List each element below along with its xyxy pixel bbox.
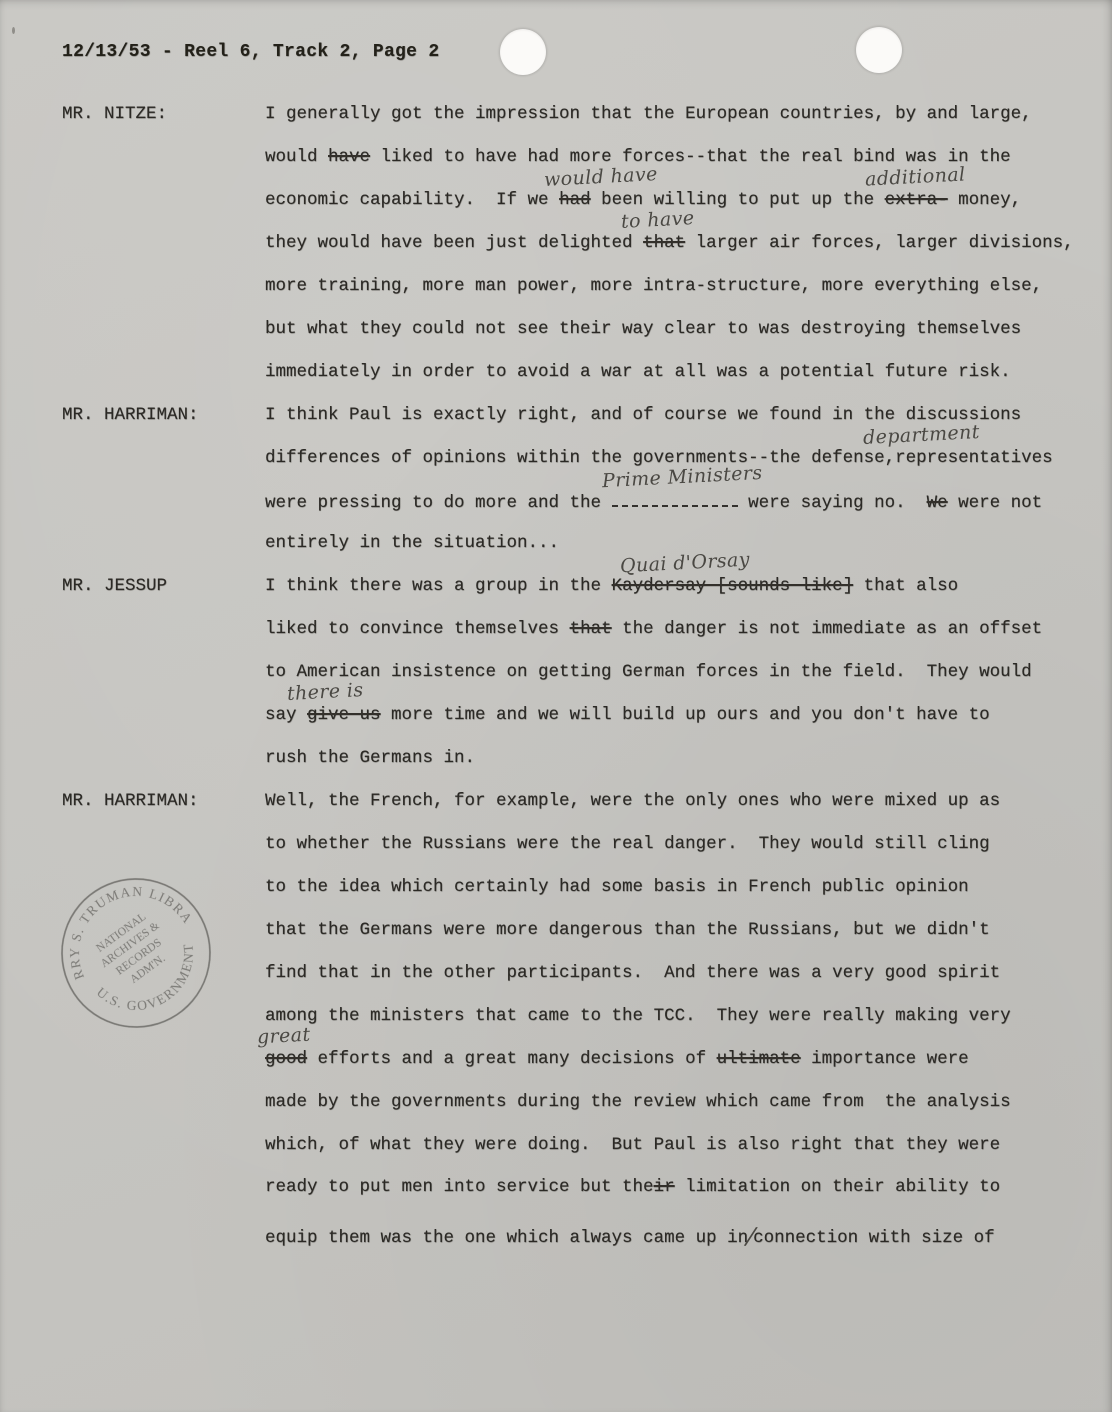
typed-blank: Prime Ministers [612,490,738,507]
typed-text: ir [654,1177,675,1197]
typed-text: which, of what they were doing. But Paul… [265,1135,1000,1155]
handwritten-annotation: great [256,1023,311,1048]
speaker-label: MR. HARRIMAN: [62,405,199,425]
text-line: that the Germans were more dangerous tha… [265,920,1072,963]
typed-text: connection with size of [753,1228,995,1248]
typed-text: that [570,619,612,639]
typed-text: efforts and a great many decisions of [307,1049,717,1069]
typed-text: have [328,147,370,167]
typed-text: say [265,705,307,725]
text-line: immediately in order to avoid a war at a… [265,362,1072,405]
typed-text: liked to have had more forces--that the … [370,147,1011,167]
typed-text: ready to put men into service but the [265,1177,654,1197]
typed-text: been willing to put up the [591,190,885,210]
typed-text: made by the governments during the revie… [265,1092,1011,1112]
text-line: which, of what they were doing. But Paul… [265,1135,1072,1178]
text-line: say give usthere is more time and we wil… [265,705,1072,748]
typed-text: were saying no. [738,493,927,513]
typed-text: We [927,493,948,513]
text-line: equip them was the one which always came… [265,1220,1072,1263]
typed-text: were not [948,493,1043,513]
typed-text: to the idea which certainly had some bas… [265,877,969,897]
punch-hole-right [856,27,902,73]
text-line: rush the Germans in. [265,748,1072,791]
text-line: to whether the Russians were the real da… [265,834,1072,877]
text-line: liked to convince themselves that the da… [265,619,1072,662]
typed-text: they would have been just delighted [265,233,643,253]
text-line: to American insistence on getting German… [265,662,1072,705]
typed-text: more time and we will build up ours and … [381,705,990,725]
typed-text: that the Germans were more dangerous tha… [265,920,990,940]
typed-text: would [265,147,328,167]
typed-text: I think Paul is exactly right, and of co… [265,405,1021,425]
typed-text: hadwould have [559,190,591,210]
text-line: ready to put men into service but their … [265,1177,1072,1220]
typed-text: Well, the French, for example, were the … [265,791,1000,811]
typed-text: I generally got the impression that the … [265,104,1032,124]
typed-text: the danger is not immediate as an offset [612,619,1043,639]
text-line: goodgreat efforts and a great many decis… [265,1049,1072,1092]
typed-text: entirely in the situation... [265,533,559,553]
page-header: 12/13/53 - Reel 6, Track 2, Page 2 [62,42,439,62]
svg-text:HARRY S. TRUMAN LIBRARY: HARRY S. TRUMAN LIBRARY [17,834,197,996]
handwritten-annotation: there is [286,679,364,705]
typed-text: that also [853,576,958,596]
speaker-label: MR. NITZE: [62,104,167,124]
text-line: but what they could not see their way cl… [265,319,1072,362]
document-page: 12/13/53 - Reel 6, Track 2, Page 2 MR. N… [0,0,1112,1412]
typed-text: thatto have [643,233,685,253]
paper-speck [12,27,15,34]
typed-text: limitation on their ability to [675,1177,1001,1197]
text-line: MR. NITZE:I generally got the impression… [265,104,1072,147]
text-line: were pressing to do more and the Prime M… [265,490,1072,533]
typed-text: importance were [801,1049,969,1069]
typed-text: to American insistence on getting German… [265,662,1032,682]
typed-text: find that in the other participants. And… [265,963,1000,983]
text-line: more training, more man power, more intr… [265,276,1072,319]
typed-text: money, [948,190,1022,210]
typed-text: immediately in order to avoid a war at a… [265,362,1011,382]
handwritten-annotation: to have [621,207,696,233]
typed-text: goodgreat [265,1049,307,1069]
text-line: MR. JESSUPI think there was a group in t… [265,576,1072,619]
text-line: among the ministers that came to the TCC… [265,1006,1072,1049]
typed-text: more training, more man power, more intr… [265,276,1042,296]
typed-text: to whether the Russians were the real da… [265,834,990,854]
text-line: find that in the other participants. And… [265,963,1072,1006]
typed-text: differences of opinions within the gover… [265,448,895,468]
typed-text: Kaydersay [sounds like]Quai d'Orsay [612,576,854,596]
typed-text: but what they could not see their way cl… [265,319,1021,339]
typed-text: extra-additional [885,190,948,210]
punch-hole-left [500,29,546,75]
typed-text: representativesdepartment [895,448,1053,468]
typed-text: economic capability. If we [265,190,559,210]
truman-library-stamp: HARRY S. TRUMAN LIBRARY U.S. GOVERNMENT … [17,834,255,1072]
typed-text: give usthere is [307,705,381,725]
typed-text: among the ministers that came to the TCC… [265,1006,1011,1026]
typed-text: rush the Germans in. [265,748,475,768]
text-line: they would have been just delighted that… [265,233,1072,276]
typed-text: ultimate [717,1049,801,1069]
speaker-label: MR. HARRIMAN: [62,791,199,811]
text-lines: MR. NITZE:I generally got the impression… [265,104,1072,1263]
typed-text: were pressing to do more and the [265,493,612,513]
typed-text: liked to convince themselves [265,619,570,639]
typed-text: equip them was the one which always came… [265,1228,748,1248]
text-line: made by the governments during the revie… [265,1092,1072,1135]
stamp-text-top: HARRY S. TRUMAN LIBRARY [17,834,197,996]
speaker-label: MR. JESSUP [62,576,167,596]
typed-text: I think there was a group in the [265,576,612,596]
typed-text: larger air forces, larger divisions, [685,233,1074,253]
text-line: to the idea which certainly had some bas… [265,877,1072,920]
text-line: MR. HARRIMAN:Well, the French, for examp… [265,791,1072,834]
